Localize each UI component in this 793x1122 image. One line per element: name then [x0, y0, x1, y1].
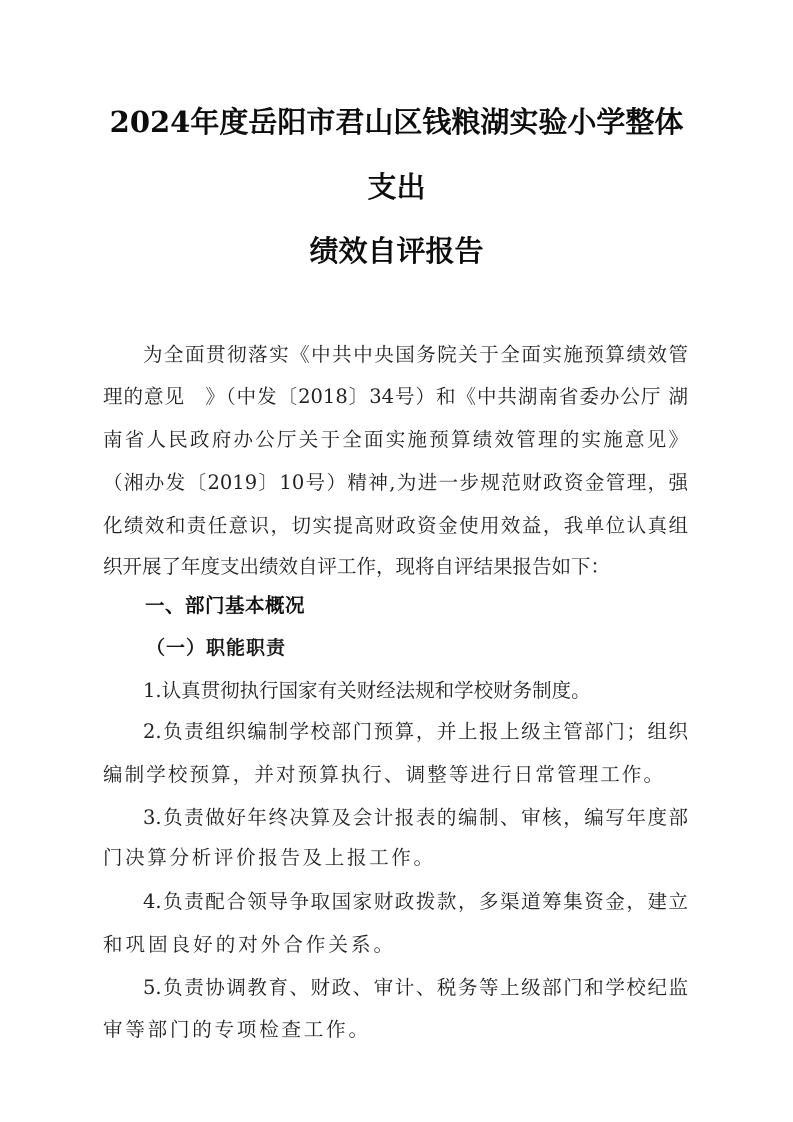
- duty-line: 4.负责配合领导争取国家财政拨款，多渠道筹集资金，建立: [143, 889, 688, 915]
- intro-line: （湘办发〔2019〕10号）精神,为进一步规范财政资金管理，强: [103, 470, 688, 496]
- duty-line: 2.负责组织编制学校部门预算，并上报上级主管部门；组织: [143, 719, 688, 745]
- duty-line: 门决算分析评价报告及上报工作。: [103, 845, 433, 871]
- duty-line: 3.负责做好年终决算及会计报表的编制、审核，编写年度部: [143, 805, 688, 831]
- report-title-line-2: 支出: [0, 170, 793, 204]
- document-page: 2024年度岳阳市君山区钱粮湖实验小学整体 支出 绩效自评报告 为全面贯彻落实《…: [0, 0, 793, 1122]
- intro-line: 织开展了年度支出绩效自评工作，现将自评结果报告如下：: [103, 554, 688, 580]
- duty-line: 和巩固良好的对外合作关系。: [103, 932, 393, 958]
- intro-line: 为全面贯彻落实《中共中央国务院关于全面实施预算绩效管: [143, 342, 688, 368]
- report-title-line-1: 2024年度岳阳市君山区钱粮湖实验小学整体: [0, 105, 793, 139]
- intro-line: 理的意见 》（中发〔2018〕34号）和《中共湖南省委办公厅 湖: [103, 384, 688, 410]
- intro-line: 化绩效和责任意识，切实提高财政资金使用效益，我单位认真组: [103, 513, 688, 539]
- intro-line: 南省人民政府办公厅关于全面实施预算绩效管理的实施意见》: [103, 427, 688, 453]
- duty-line: 1.认真贯彻执行国家有关财经法规和学校财务制度。: [143, 678, 623, 704]
- subsection-heading: （一）职能职责: [146, 635, 286, 661]
- duty-line: 5.负责协调教育、财政、审计、税务等上级部门和学校纪监: [143, 975, 688, 1001]
- report-title-line-3: 绩效自评报告: [0, 234, 793, 268]
- duty-line: 编制学校预算，并对预算执行、调整等进行日常管理工作。: [103, 762, 663, 788]
- duty-line: 审等部门的专项检查工作。: [103, 1017, 368, 1043]
- section-heading: 一、部门基本概况: [145, 593, 305, 619]
